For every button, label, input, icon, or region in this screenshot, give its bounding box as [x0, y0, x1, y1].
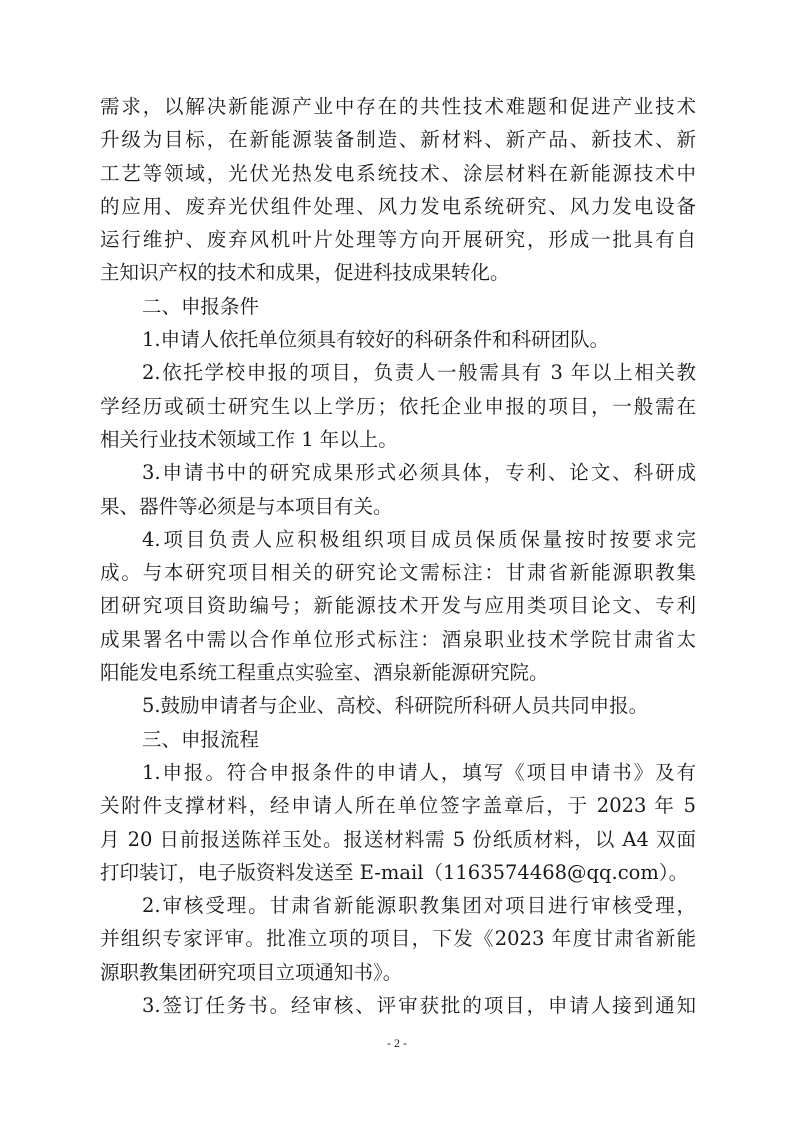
text-line: 二、申报条件 — [100, 290, 696, 323]
text-line: 3.申请书中的研究成果形式必须具体，专利、论文、科研成 — [100, 456, 696, 489]
text-line: 成果署名中需以合作单位形式标注：酒泉职业技术学院甘肃省太 — [100, 623, 696, 656]
text-line: 团研究项目资助编号；新能源技术开发与应用类项目论文、专利 — [100, 589, 696, 622]
document-body: 需求，以解决新能源产业中存在的共性技术难题和促进产业技术升级为目标，在新能源装备… — [100, 90, 696, 1022]
text-line: 4.项目负责人应积极组织项目成员保质保量按时按要求完 — [100, 523, 696, 556]
text-line: 果、器件等必须是与本项目有关。 — [100, 490, 696, 523]
text-line: 5.鼓励申请者与企业、高校、科研院所科研人员共同申报。 — [100, 689, 696, 722]
text-line: 阳能发电系统工程重点实验室、酒泉新能源研究院。 — [100, 656, 696, 689]
text-line: 源职教集团研究项目立项通知书》。 — [100, 956, 696, 989]
text-line: 需求，以解决新能源产业中存在的共性技术难题和促进产业技术 — [100, 90, 696, 123]
text-line: 学经历或硕士研究生以上学历；依托企业申报的项目，一般需在 — [100, 390, 696, 423]
text-line: 三、申报流程 — [100, 723, 696, 756]
text-line: 月 20 日前报送陈祥玉处。报送材料需 5 份纸质材料，以 A4 双面 — [100, 823, 696, 856]
text-line: 的应用、废弃光伏组件处理、风力发电系统研究、风力发电设备 — [100, 190, 696, 223]
text-line: 成。与本研究项目相关的研究论文需标注：甘肃省新能源职教集 — [100, 556, 696, 589]
text-line: 运行维护、废弃风机叶片处理等方向开展研究，形成一批具有自 — [100, 223, 696, 256]
page-number: - 2 - — [0, 1036, 794, 1051]
text-line: 1.申请人依托单位须具有较好的科研条件和科研团队。 — [100, 323, 696, 356]
document-page: 需求，以解决新能源产业中存在的共性技术难题和促进产业技术升级为目标，在新能源装备… — [0, 0, 794, 1122]
text-line: 工艺等领域，光伏光热发电系统技术、涂层材料在新能源技术中 — [100, 157, 696, 190]
text-line: 主知识产权的技术和成果，促进科技成果转化。 — [100, 256, 696, 289]
text-line: 3.签订任务书。经审核、评审获批的项目，申请人接到通知 — [100, 989, 696, 1022]
text-line: 1.申报。符合申报条件的申请人，填写《项目申请书》及有 — [100, 756, 696, 789]
text-line: 并组织专家评审。批准立项的项目，下发《2023 年度甘肃省新能 — [100, 922, 696, 955]
text-line: 2.依托学校申报的项目，负责人一般需具有 3 年以上相关教 — [100, 356, 696, 389]
text-line: 关附件支撑材料，经申请人所在单位签字盖章后，于 2023 年 5 — [100, 789, 696, 822]
text-line: 打印装订，电子版资料发送至 E-mail（1163574468@qq.com）。 — [100, 856, 696, 889]
text-line: 2.审核受理。甘肃省新能源职教集团对项目进行审核受理， — [100, 889, 696, 922]
text-line: 升级为目标，在新能源装备制造、新材料、新产品、新技术、新 — [100, 123, 696, 156]
text-line: 相关行业技术领域工作 1 年以上。 — [100, 423, 696, 456]
